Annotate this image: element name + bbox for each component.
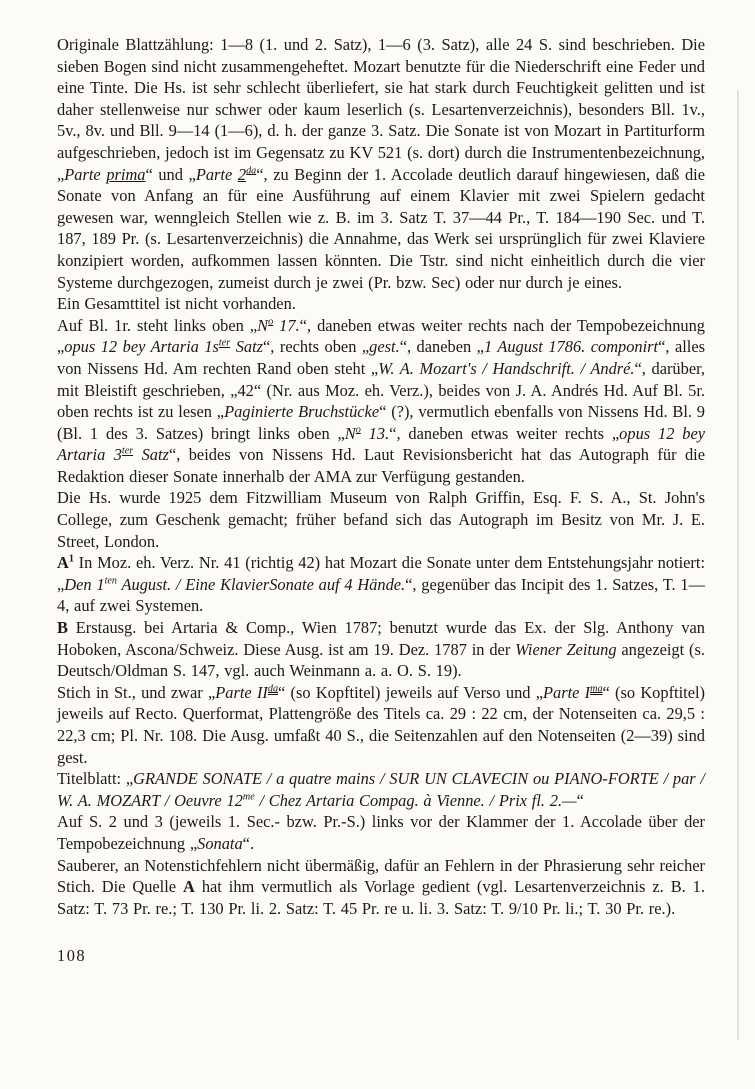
- text-segment: da: [268, 683, 278, 694]
- paragraph-quelle-a1: A1 In Moz. eh. Verz. Nr. 41 (richtig 42)…: [57, 552, 705, 617]
- text-segment: B: [57, 618, 68, 637]
- text-segment: “, daneben „: [400, 337, 484, 356]
- text-segment: “.: [243, 834, 254, 853]
- text-segment: “, rechts oben „: [263, 337, 369, 356]
- text-segment: W. A. Mozart's / Handschrift. / André.: [378, 359, 634, 378]
- text-segment: Stich in St., und zwar „: [57, 683, 215, 702]
- text-segment: N: [257, 316, 268, 335]
- text-segment: ten: [105, 575, 117, 586]
- text-segment: 1 August 1786. componirt: [484, 337, 658, 356]
- text-segment: Parte: [196, 165, 238, 184]
- text-segment: 17.: [273, 316, 300, 335]
- text-block: Originale Blattzählung: 1—8 (1. und 2. S…: [57, 34, 705, 919]
- text-segment: Parte I: [543, 683, 590, 702]
- paragraph-sonata: Auf S. 2 und 3 (jeweils 1. Sec.- bzw. Pr…: [57, 811, 705, 854]
- text-segment: me: [243, 791, 255, 802]
- text-segment: Wiener Zeitung: [515, 640, 616, 659]
- text-segment: A: [57, 553, 69, 572]
- text-segment: ma: [590, 683, 602, 694]
- paragraph-titelblatt: Titelblatt: „GRANDE SONATE / a quatre ma…: [57, 768, 705, 811]
- text-segment: ter: [122, 446, 133, 457]
- text-segment: “, daneben etwas weiter rechts „: [389, 424, 619, 443]
- text-segment: / Chez Artaria Compag. à Vienne. / Prix …: [255, 791, 577, 810]
- text-segment: Die Hs. wurde 1925 dem Fitzwilliam Museu…: [57, 488, 705, 550]
- text-segment: Ein Gesamttitel ist nicht vorhanden.: [57, 294, 296, 313]
- text-segment: Den 1: [64, 575, 104, 594]
- text-segment: gest.: [369, 337, 400, 356]
- text-segment: prima: [106, 165, 145, 184]
- text-segment: Paginierte Bruchstücke: [224, 402, 379, 421]
- text-segment: da: [246, 165, 256, 176]
- text-segment: “ (so Kopftitel) jeweils auf Verso und „: [278, 683, 543, 702]
- text-segment: Auf Bl. 1r. steht links oben „: [57, 316, 257, 335]
- text-segment: opus 12 bey Artaria 1s: [64, 337, 219, 356]
- paragraph-stichqualitaet: Sauberer, an Notenstichfehlern nicht übe…: [57, 855, 705, 920]
- text-segment: “ und „: [145, 165, 195, 184]
- text-segment: Auf S. 2 und 3 (jeweils 1. Sec.- bzw. Pr…: [57, 812, 705, 853]
- text-segment: “: [577, 791, 584, 810]
- paragraph-quelle-b: B Erstausg. bei Artaria & Comp., Wien 17…: [57, 617, 705, 682]
- paragraph-blattzaehlung: Originale Blattzählung: 1—8 (1. und 2. S…: [57, 34, 705, 293]
- text-segment: 13.: [361, 424, 389, 443]
- document-page: Originale Blattzählung: 1—8 (1. und 2. S…: [0, 0, 755, 1089]
- text-segment: A: [183, 877, 195, 896]
- text-segment: ter: [219, 338, 230, 349]
- text-segment: Originale Blattzählung: 1—8 (1. und 2. S…: [57, 35, 705, 184]
- text-segment: 2: [238, 165, 246, 184]
- text-segment: Satz: [230, 337, 263, 356]
- text-segment: Sonata: [197, 834, 243, 853]
- text-segment: Titelblatt: „: [57, 769, 133, 788]
- text-segment: N: [345, 424, 356, 443]
- page-number: 108: [57, 945, 705, 967]
- text-segment: Parte II: [215, 683, 268, 702]
- paragraph-provenienz: Die Hs. wurde 1925 dem Fitzwilliam Museu…: [57, 487, 705, 552]
- paragraph-gesamttitel: Ein Gesamttitel ist nicht vorhanden.: [57, 293, 705, 315]
- paragraph-blatt-aufschriften: Auf Bl. 1r. steht links oben „No 17.“, d…: [57, 315, 705, 488]
- text-segment: Satz: [133, 445, 169, 464]
- text-segment: August. / Eine KlavierSonate auf 4 Hände…: [117, 575, 405, 594]
- text-segment: Parte: [64, 165, 106, 184]
- paragraph-stich: Stich in St., und zwar „Parte IIda“ (so …: [57, 682, 705, 768]
